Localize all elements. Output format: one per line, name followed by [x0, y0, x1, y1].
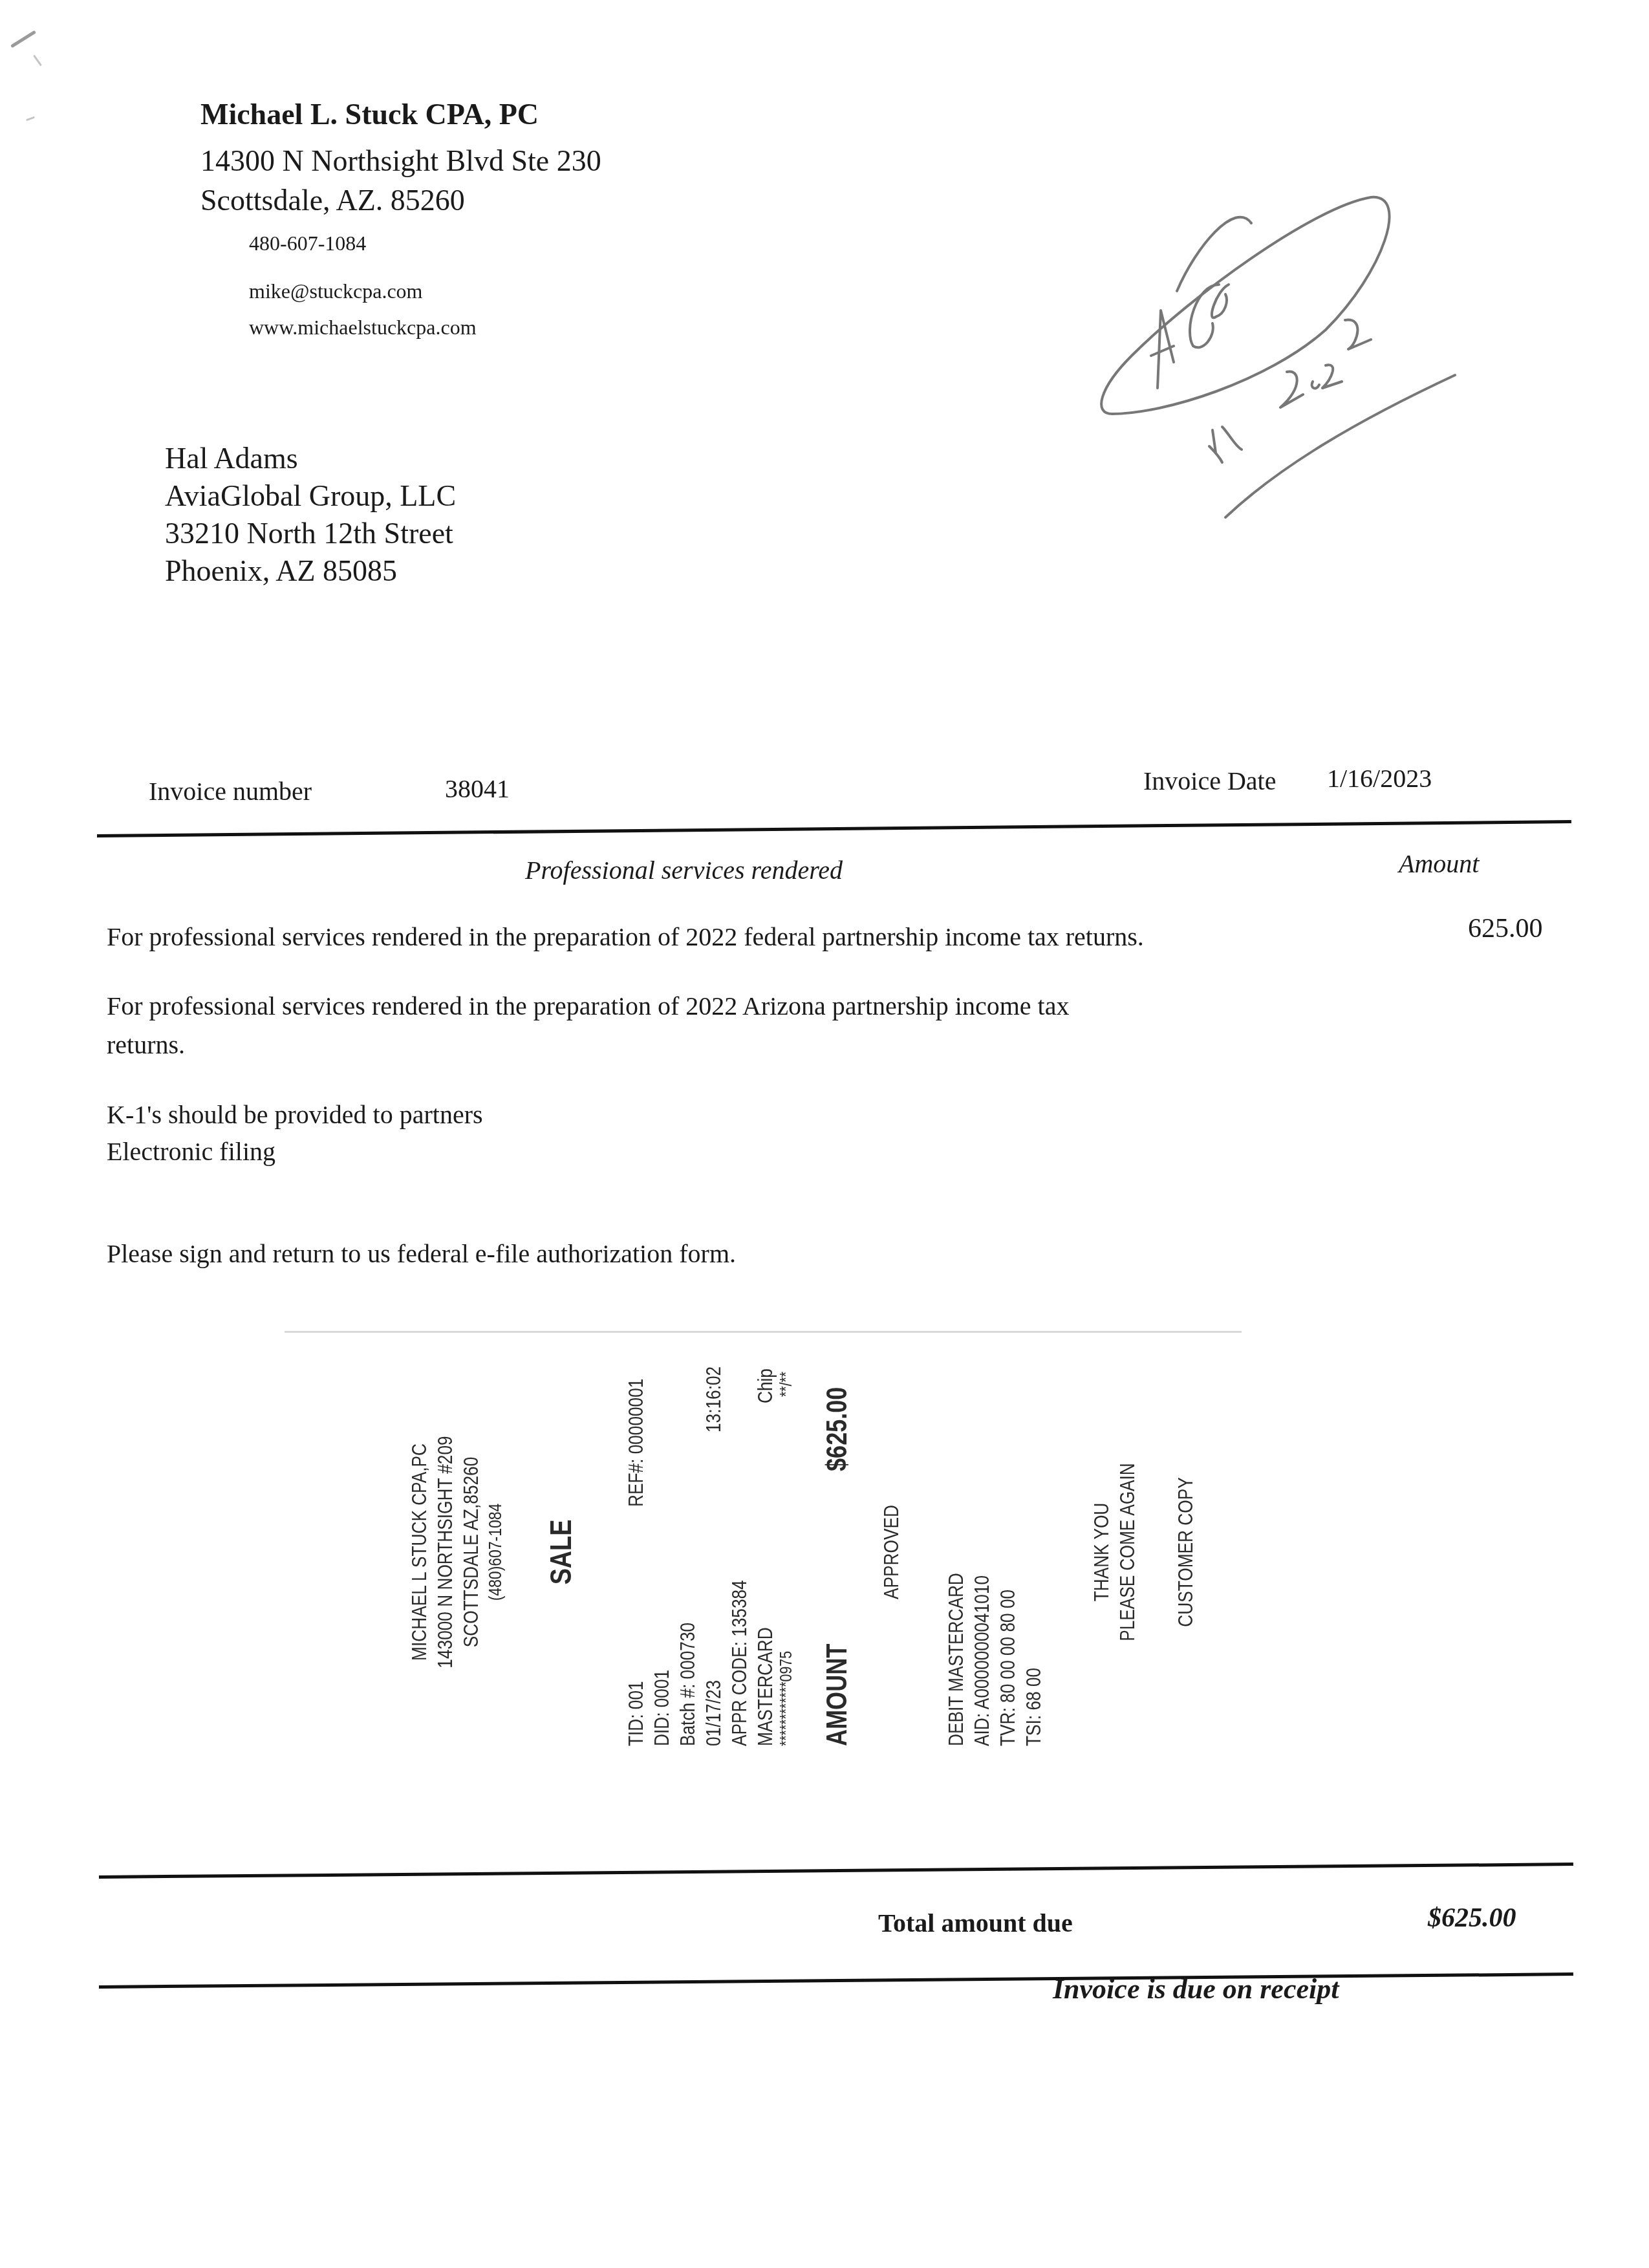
- recipient-name: Hal Adams: [165, 440, 456, 477]
- receipt-sale-label: SALE: [543, 1377, 578, 1727]
- receipt-appr-code: APPR CODE: 135384: [727, 1580, 751, 1746]
- receipt-rotated-body: MICHAEL L STUCK CPA,PC 143000 N NORTHSIG…: [388, 1339, 1248, 1766]
- firm-phone: 480-607-1084: [249, 232, 366, 255]
- services-header: Professional services rendered: [525, 855, 843, 885]
- receipt-tid: TID: 001: [624, 1681, 648, 1746]
- divider-rule: [97, 820, 1571, 837]
- scan-mark: [33, 54, 42, 66]
- ellipse-stroke: [1101, 197, 1389, 414]
- amount-header: Amount: [1399, 848, 1479, 879]
- receipt-merchant-phone: (480)607-1084: [485, 1377, 506, 1727]
- receipt-tvr: TVR: 80 00 00 80 00: [996, 1590, 1020, 1746]
- payment-receipt: MICHAEL L STUCK CPA,PC 143000 N NORTHSIG…: [388, 1332, 1248, 1772]
- firm-address-line1: 14300 N Northsight Blvd Ste 230: [200, 144, 601, 178]
- note-electronic-filing: Electronic filing: [107, 1136, 275, 1167]
- invoice-number: 38041: [445, 773, 510, 804]
- receipt-card-type: DEBIT MASTERCARD: [944, 1573, 968, 1746]
- handwritten-agg: AGG: [1170, 341, 1172, 343]
- handwritten-ty-2022: TY 2022: [1209, 465, 1212, 466]
- recipient-street: 33210 North 12th Street: [165, 515, 456, 552]
- receipt-entry-mode: Chip: [753, 1368, 777, 1403]
- instruction-text: Please sign and return to us federal e-f…: [107, 1238, 736, 1269]
- recipient-city: Phoenix, AZ 85085: [165, 552, 456, 590]
- recipient-company: AviaGlobal Group, LLC: [165, 477, 456, 515]
- invoice-date: 1/16/2023: [1327, 763, 1432, 794]
- receipt-come-again: PLEASE COME AGAIN: [1115, 1377, 1139, 1727]
- receipt-time: 13:16:02: [702, 1366, 726, 1432]
- divider-rule: [99, 1863, 1573, 1879]
- firm-website[interactable]: www.michaelstuckcpa.com: [249, 316, 477, 340]
- receipt-thank-you: THANK YOU: [1090, 1377, 1114, 1727]
- receipt-copy-label: CUSTOMER COPY: [1174, 1377, 1198, 1727]
- total-amount-label: Total amount due: [878, 1908, 1073, 1938]
- recipient-block: Hal Adams AviaGlobal Group, LLC 33210 No…: [165, 440, 456, 590]
- receipt-card-brand: MASTERCARD: [753, 1627, 777, 1746]
- scan-mark: [26, 116, 35, 122]
- receipt-merchant-city: SCOTTSDALE AZ,85260: [459, 1377, 483, 1727]
- receipt-merchant-address: 143000 N NORTHSIGHT #209: [433, 1377, 457, 1727]
- total-amount-value: $625.00: [1428, 1903, 1516, 1934]
- receipt-aid: AID: A0000000041010: [970, 1575, 994, 1746]
- receipt-tsi: TSI: 68 00: [1022, 1668, 1046, 1746]
- note-k1: K-1's should be provided to partners: [107, 1099, 483, 1130]
- receipt-date: 01/17/23: [702, 1680, 726, 1746]
- receipt-batch: Batch #: 000730: [676, 1623, 700, 1746]
- receipt-expiry: **/**: [776, 1372, 796, 1397]
- due-on-receipt-note: Invoice is due on receipt: [1053, 1972, 1339, 2005]
- service-line-1: For professional services rendered in th…: [107, 922, 1144, 952]
- receipt-did: DID: 0001: [650, 1670, 674, 1746]
- receipt-amount-label: AMOUNT: [821, 1644, 854, 1746]
- receipt-status: APPROVED: [879, 1377, 903, 1727]
- divider-rule: [99, 1972, 1573, 1989]
- firm-name: Michael L. Stuck CPA, PC: [200, 97, 539, 131]
- firm-email[interactable]: mike@stuckcpa.com: [249, 279, 423, 303]
- receipt-card-number: ************0975: [776, 1651, 796, 1746]
- receipt-merchant-name: MICHAEL L STUCK CPA,PC: [407, 1377, 431, 1727]
- service-line-2-cont: returns.: [107, 1030, 185, 1060]
- service-line-1-amount: 625.00: [1468, 913, 1543, 944]
- firm-address-line2: Scottsdale, AZ. 85260: [200, 183, 465, 217]
- handwritten-annotation: AGG TY 2022: [1086, 194, 1526, 556]
- service-line-2: For professional services rendered in th…: [107, 991, 1069, 1021]
- scan-mark: [10, 30, 36, 49]
- receipt-amount: $625.00: [821, 1387, 854, 1471]
- invoice-date-label: Invoice Date: [1143, 766, 1276, 796]
- invoice-number-label: Invoice number: [149, 776, 312, 806]
- receipt-ref: REF#: 00000001: [624, 1379, 648, 1507]
